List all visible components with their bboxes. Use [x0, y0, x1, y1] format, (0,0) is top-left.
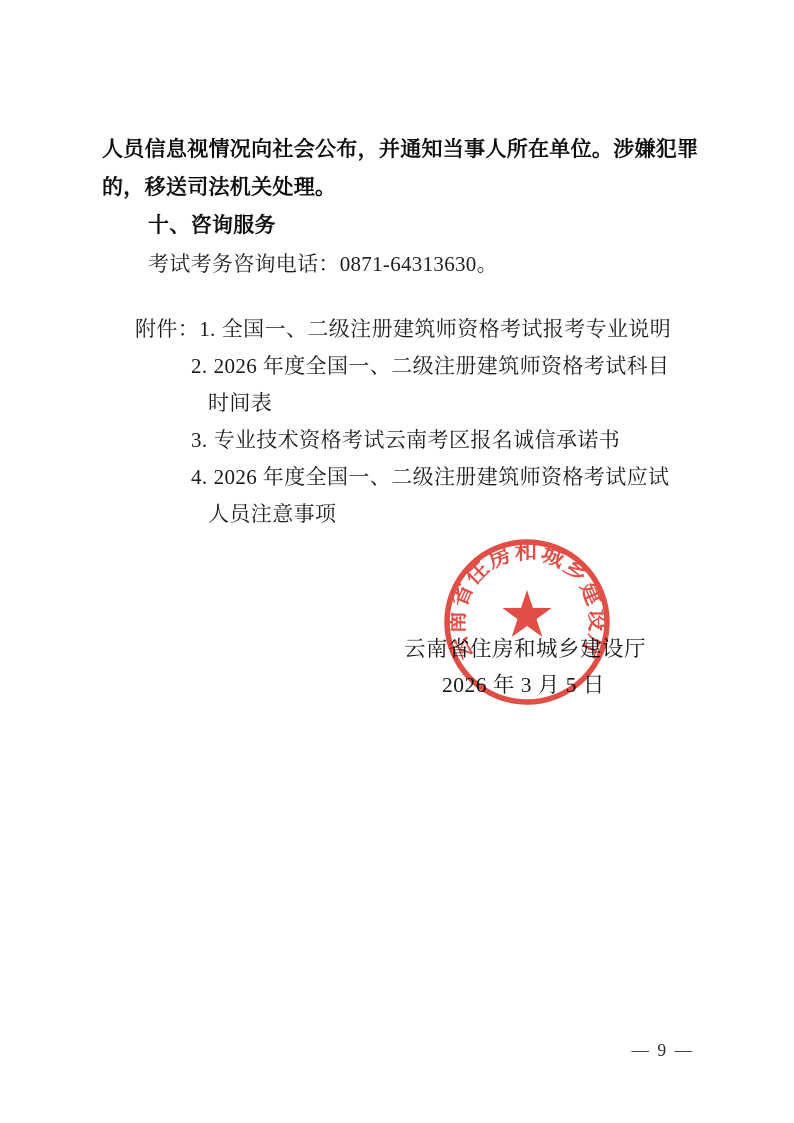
- attachment-number: 4.: [191, 465, 208, 489]
- attachment-text: 2026 年度全国一、二级注册建筑师资格考试科目: [214, 354, 670, 378]
- attachment-label: 附件：: [135, 317, 199, 341]
- body-text-block: 人员信息视情况向社会公布，并通知当事人所在单位。涉嫌犯罪 的，移送司法机关处理。…: [102, 131, 702, 283]
- attachment-item: 附件：1.全国一、二级注册建筑师资格考试报考专业说明: [135, 311, 715, 348]
- attachment-item-continuation: 时间表: [208, 385, 715, 422]
- attachment-text: 人员注意事项: [208, 502, 336, 526]
- document-page: 人员信息视情况向社会公布，并通知当事人所在单位。涉嫌犯罪 的，移送司法机关处理。…: [0, 0, 794, 1123]
- attachment-text: 时间表: [208, 391, 272, 415]
- attachment-number: 2.: [191, 354, 208, 378]
- attachment-text: 2026 年度全国一、二级注册建筑师资格考试应试: [214, 465, 670, 489]
- attachment-item: 3.专业技术资格考试云南考区报名诚信承诺书: [191, 422, 715, 459]
- attachment-number: 3.: [191, 428, 208, 452]
- attachment-text: 专业技术资格考试云南考区报名诚信承诺书: [214, 428, 621, 452]
- issuer-signature: 云南省住房和城乡建设厅: [404, 637, 646, 663]
- page-number: — 9 —: [632, 1040, 695, 1061]
- attachment-item: 2.2026 年度全国一、二级注册建筑师资格考试科目: [191, 348, 715, 385]
- attachment-text: 全国一、二级注册建筑师资格考试报考专业说明: [222, 317, 671, 341]
- paragraph-line: 的，移送司法机关处理。: [102, 169, 702, 207]
- attachment-item: 4.2026 年度全国一、二级注册建筑师资格考试应试: [191, 459, 715, 496]
- paragraph-line: 人员信息视情况向社会公布，并通知当事人所在单位。涉嫌犯罪: [102, 131, 702, 169]
- attachment-number: 1.: [199, 317, 216, 341]
- issue-date: 2026 年 3 月 5 日: [442, 673, 605, 699]
- section-heading: 十、咨询服务: [148, 207, 702, 245]
- attachment-list: 附件：1.全国一、二级注册建筑师资格考试报考专业说明 2.2026 年度全国一、…: [135, 311, 715, 533]
- contact-phone-line: 考试考务咨询电话：0871-64313630。: [148, 245, 702, 283]
- attachment-item-continuation: 人员注意事项: [208, 496, 715, 533]
- star-icon: [502, 590, 551, 637]
